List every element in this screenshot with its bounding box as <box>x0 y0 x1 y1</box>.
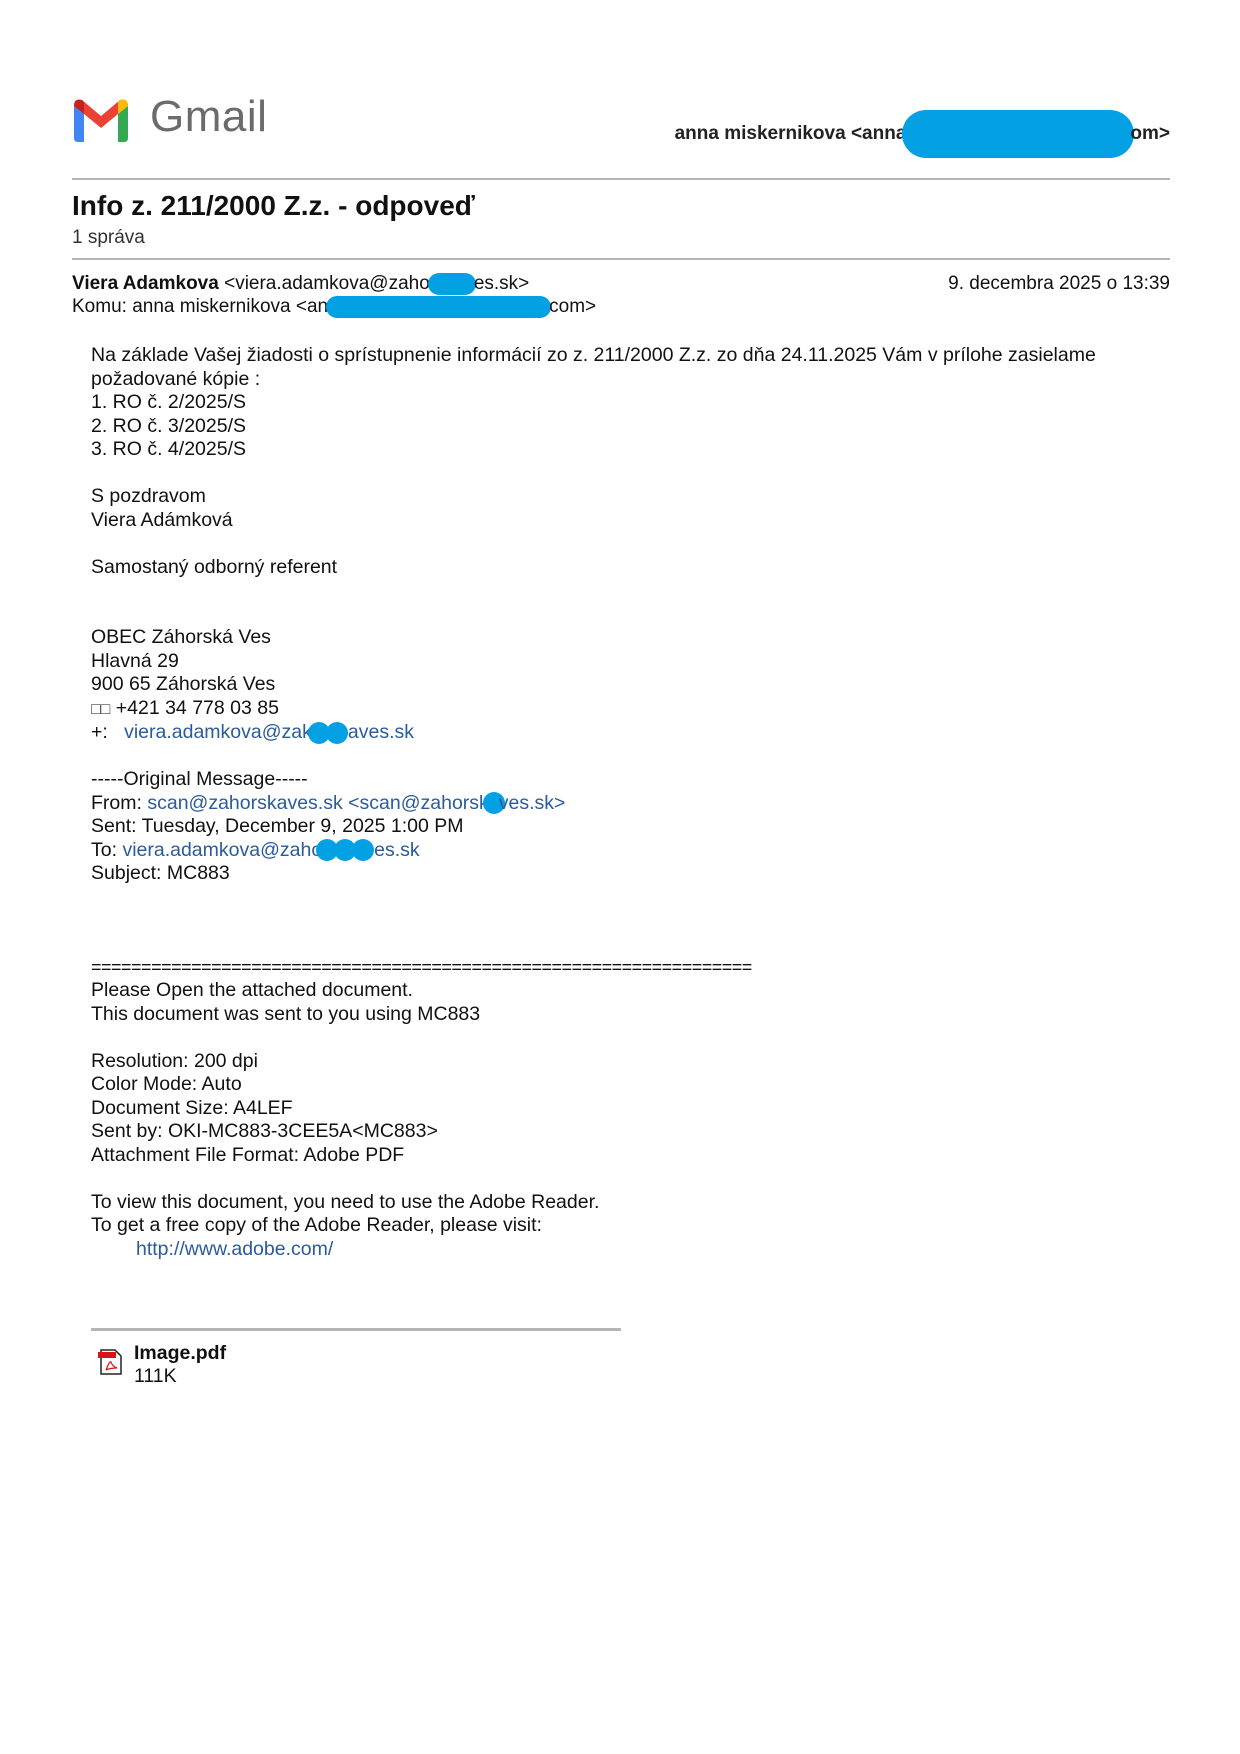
attachment-size: 111K <box>134 1365 177 1388</box>
from-label: From: <box>91 792 142 814</box>
scan-resolution: Resolution: 200 dpi <box>91 1050 1171 1074</box>
message-body: Na základe Vašej žiadosti o sprístupneni… <box>91 344 1171 1261</box>
original-subject: Subject: MC883 <box>91 862 1171 886</box>
sender-email-suffix: es.sk> <box>474 273 529 294</box>
attachment-name[interactable]: Image.pdf <box>134 1342 226 1365</box>
message-count: 1 správa <box>72 227 145 249</box>
original-to: To: viera.adamkova@zahoes.sk <box>91 839 1171 863</box>
sender-name: Viera Adamkova <box>72 273 219 294</box>
list-item: 2. RO č. 3/2025/S <box>91 415 1171 439</box>
divider <box>72 258 1170 260</box>
redaction-mark <box>326 722 348 744</box>
org-city: 900 65 Záhorská Ves <box>91 673 1171 697</box>
to-label: To: <box>91 839 117 861</box>
sender-email: <viera.adamkova@zaho <box>224 273 430 294</box>
scan-sent-by: Sent by: OKI-MC883-3CEE5A<MC883> <box>91 1120 1171 1144</box>
phone-number: +421 34 778 03 85 <box>116 697 279 719</box>
signature-name: Viera Adámková <box>91 509 1171 533</box>
adobe-link[interactable]: http://www.adobe.com/ <box>136 1238 333 1260</box>
account-name: anna miskernikova <anna <box>675 123 907 144</box>
email-label: +: <box>91 721 108 743</box>
body-intro: Na základe Vašej žiadosti o sprístupneni… <box>91 344 1171 391</box>
list-item: 3. RO č. 4/2025/S <box>91 438 1171 462</box>
recipient-suffix: com> <box>549 296 596 317</box>
redaction-mark <box>428 273 476 295</box>
from-email-link[interactable]: scan@zahorskaves.sk <box>147 792 342 814</box>
signature-email-link[interactable]: viera.adamkova@zakaves.sk <box>124 721 414 743</box>
org-street: Hlavná 29 <box>91 650 1171 674</box>
scan-color-mode: Color Mode: Auto <box>91 1073 1171 1097</box>
signature-title: Samostaný odborný referent <box>91 556 1171 580</box>
list-item: 1. RO č. 2/2025/S <box>91 391 1171 415</box>
redaction-mark <box>902 110 1134 158</box>
divider <box>72 178 1170 180</box>
attachment-divider <box>91 1328 621 1331</box>
gmail-logo-text: Gmail <box>150 92 267 142</box>
message-date: 9. decembra 2025 o 13:39 <box>948 273 1170 295</box>
phone-icon: □□ <box>91 701 110 718</box>
scan-line-1: Please Open the attached document. <box>91 979 1171 1003</box>
redaction-mark <box>326 296 551 318</box>
reader-line-2: To get a free copy of the Adobe Reader, … <box>91 1214 1171 1238</box>
org-name: OBEC Záhorská Ves <box>91 626 1171 650</box>
account-identity: anna miskernikova <annaom> <box>675 110 1170 158</box>
scan-line-2: This document was sent to you using MC88… <box>91 1003 1171 1027</box>
sender-line: Viera Adamkova <viera.adamkova@zahoes.sk… <box>72 273 529 295</box>
recipient-prefix: Komu: anna miskernikova <an <box>72 296 328 317</box>
original-sent: Sent: Tuesday, December 9, 2025 1:00 PM <box>91 815 1171 839</box>
reader-line-1: To view this document, you need to use t… <box>91 1191 1171 1215</box>
phone-line: □□ +421 34 778 03 85 <box>91 697 1171 722</box>
separator-line: ========================================… <box>91 956 1171 980</box>
from-address-link[interactable]: <scan@zahorskves.sk> <box>348 792 565 814</box>
to-email-link[interactable]: viera.adamkova@zahoes.sk <box>122 839 419 861</box>
email-line: +: viera.adamkova@zakaves.sk <box>91 721 1171 745</box>
recipient-line: Komu: anna miskernikova <ancom> <box>72 296 596 318</box>
gmail-logo-icon <box>70 96 132 142</box>
original-from: From: scan@zahorskaves.sk <scan@zahorskv… <box>91 792 1171 816</box>
scan-format: Attachment File Format: Adobe PDF <box>91 1144 1171 1168</box>
thread-subject: Info z. 211/2000 Z.z. - odpoveď <box>72 190 475 222</box>
scan-doc-size: Document Size: A4LEF <box>91 1097 1171 1121</box>
pdf-icon[interactable] <box>98 1348 124 1376</box>
account-suffix: om> <box>1130 123 1170 144</box>
original-message-header: -----Original Message----- <box>91 768 1171 792</box>
adobe-link-line: http://www.adobe.com/ <box>91 1238 1171 1262</box>
greeting: S pozdravom <box>91 485 1171 509</box>
redaction-mark <box>352 839 374 861</box>
